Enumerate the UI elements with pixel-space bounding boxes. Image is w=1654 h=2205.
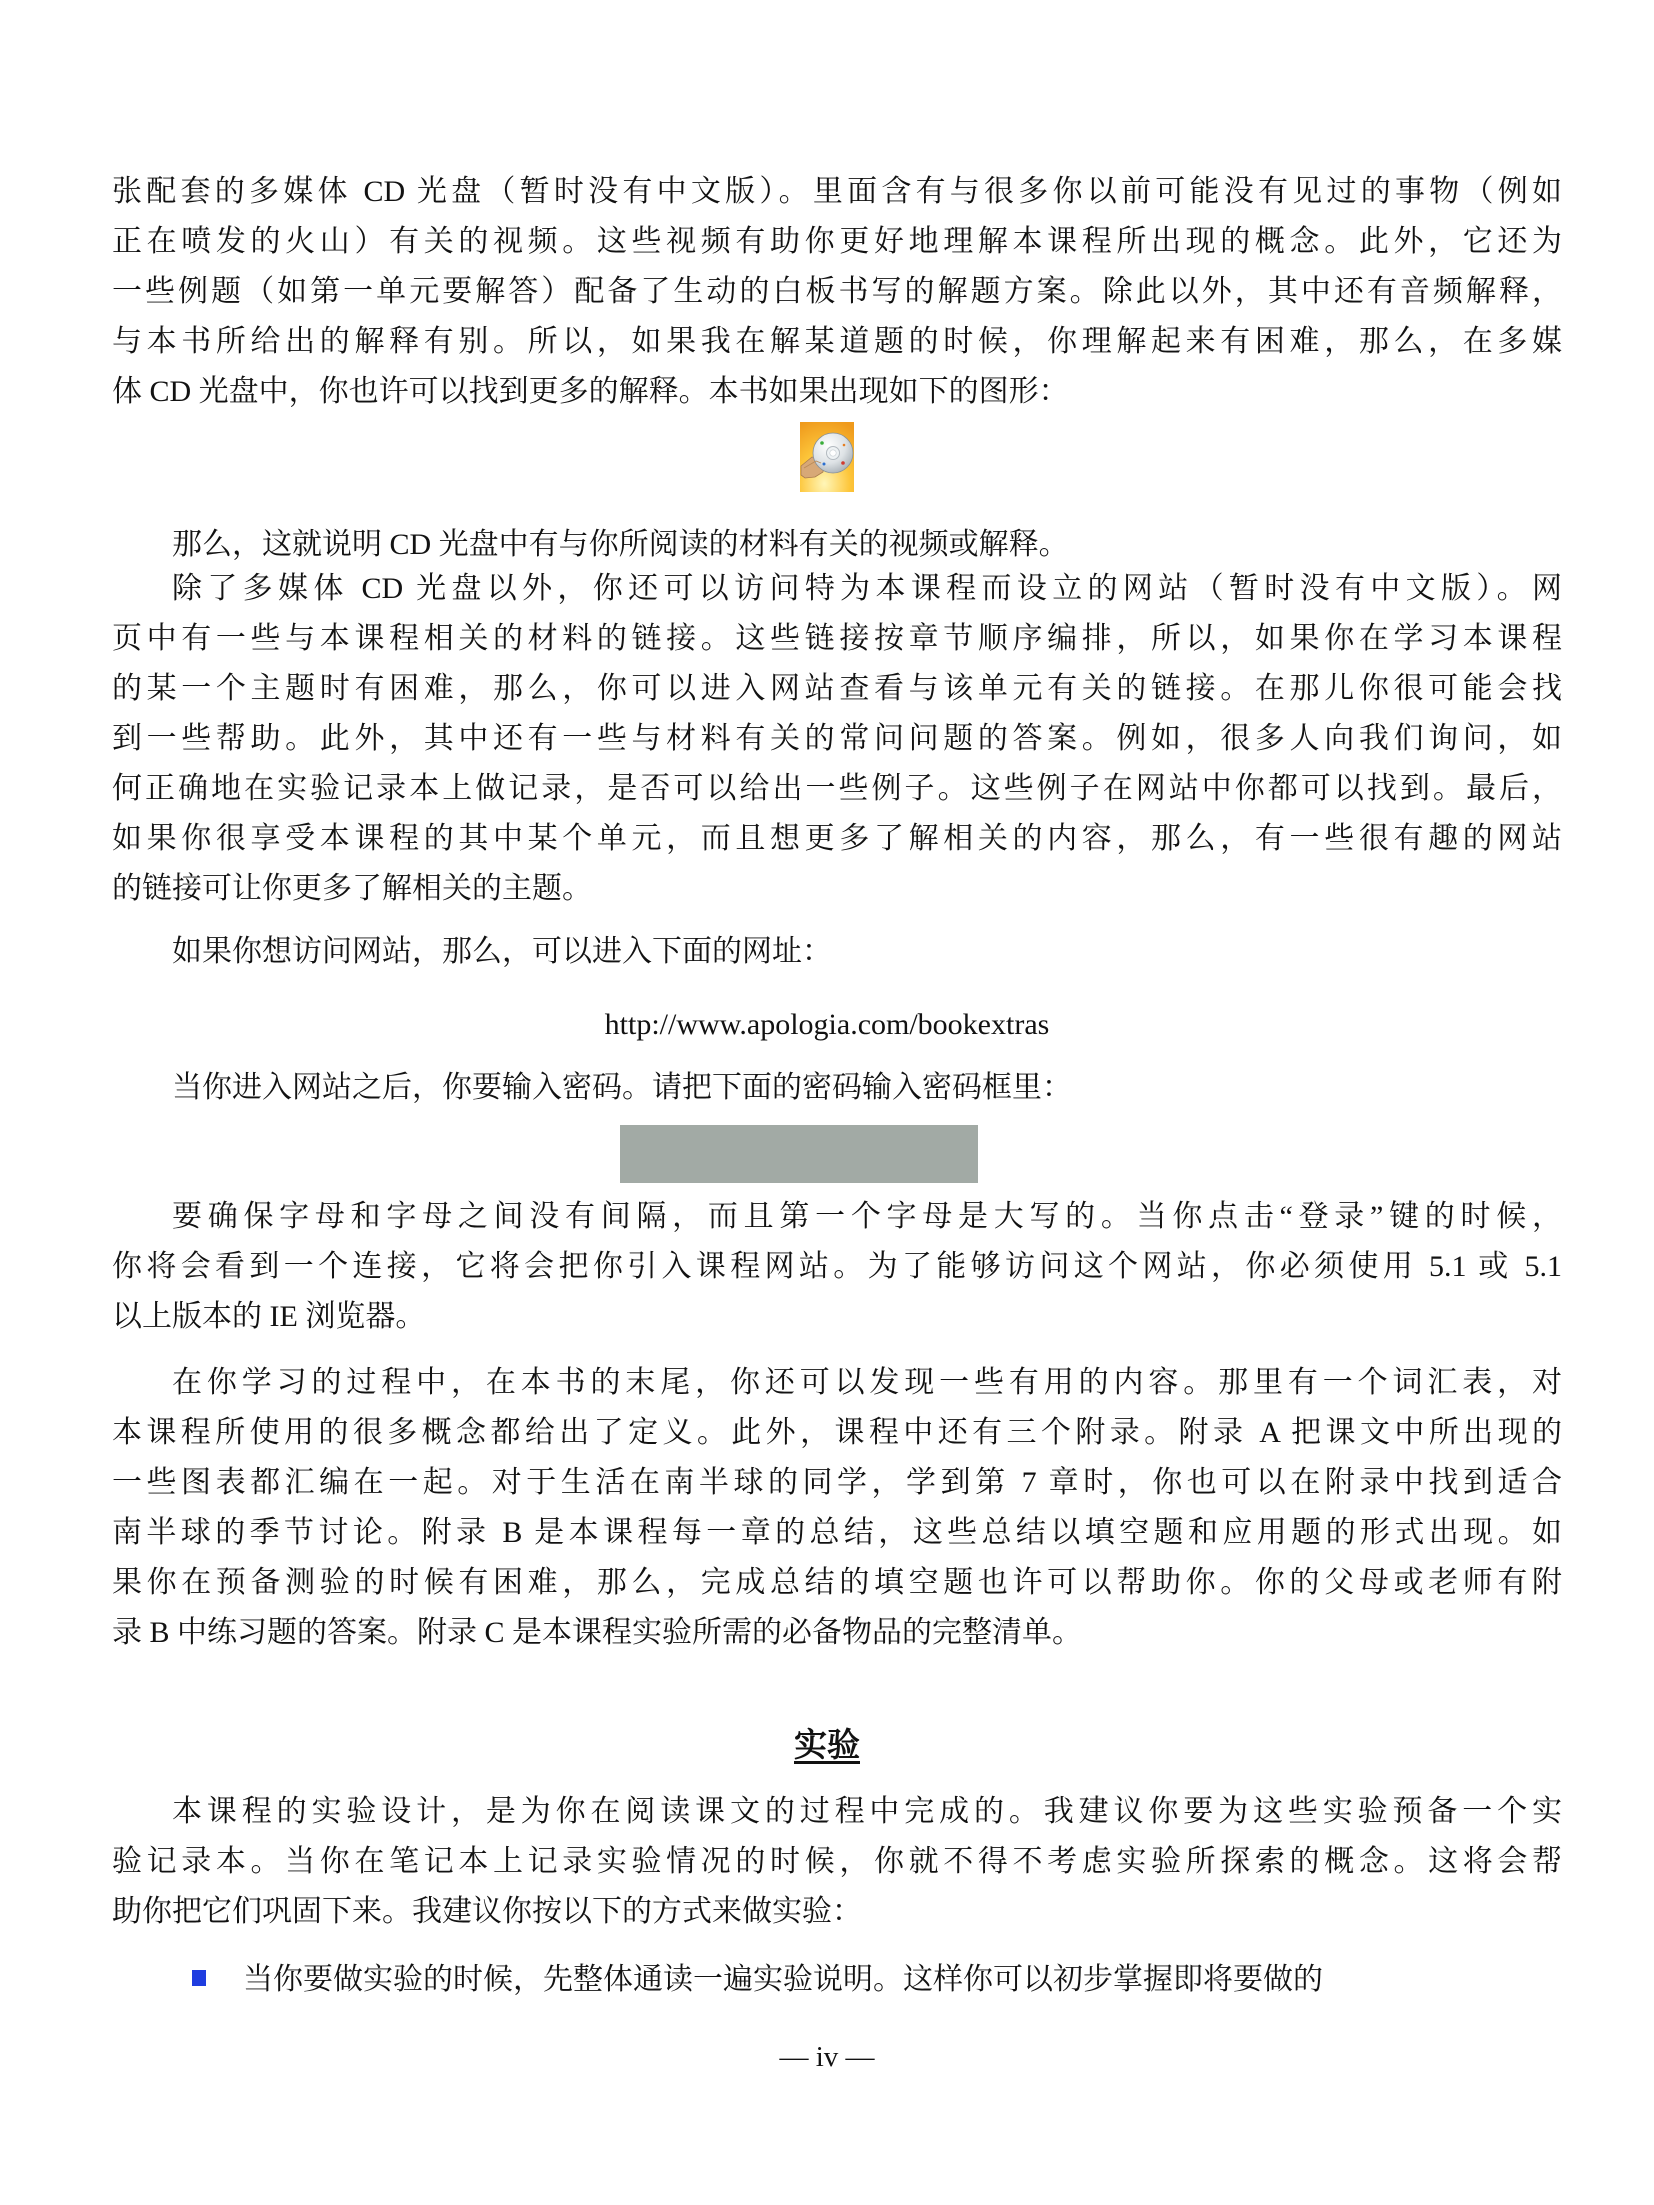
body-line: 在你学习的过程中，在本书的末尾，你还可以发现一些有用的内容。那里有一个词汇表，对: [112, 1358, 1562, 1408]
body-line: 与本书所给出的解释有别。所以，如果我在解某道题的时候，你理解起来有困难，那么，在…: [112, 317, 1562, 367]
body-line: 当你进入网站之后，你要输入密码。请把下面的密码输入密码框里：: [112, 1063, 1562, 1113]
password-redaction-box: [620, 1125, 978, 1183]
cd-disc-in-hand-icon: [800, 422, 854, 497]
body-line: 南半球的季节讨论。附录 B 是本课程每一章的总结，这些总结以填空题和应用题的形式…: [112, 1508, 1562, 1558]
website-url: http://www.apologia.com/bookextras: [0, 1000, 1654, 1050]
paragraph-appendices: 在你学习的过程中，在本书的末尾，你还可以发现一些有用的内容。那里有一个词汇表，对…: [112, 1358, 1562, 1658]
bullet-square-icon: [192, 1970, 206, 1986]
body-line: 的链接可让你更多了解相关的主题。: [112, 864, 1562, 914]
bullet-text: 当你要做实验的时候，先整体通读一遍实验说明。这样你可以初步掌握即将要做的: [243, 1955, 1323, 2005]
body-line: 本课程所使用的很多概念都给出了定义。此外，课程中还有三个附录。附录 A 把课文中…: [112, 1408, 1562, 1458]
body-line: 一些图表都汇编在一起。对于生活在南半球的同学，学到第 7 章时，你也可以在附录中…: [112, 1458, 1562, 1508]
body-line: 录 B 中练习题的答案。附录 C 是本课程实验所需的必备物品的完整清单。: [112, 1608, 1562, 1658]
paragraph-cd-intro: 张配套的多媒体 CD 光盘（暂时没有中文版）。里面含有与很多你以前可能没有见过的…: [112, 167, 1562, 417]
body-line: 页中有一些与本课程相关的材料的链接。这些链接按章节顺序编排，所以，如果你在学习本…: [112, 614, 1562, 664]
body-line: 本课程的实验设计，是为你在阅读课文的过程中完成的。我建议你要为这些实验预备一个实: [112, 1787, 1562, 1837]
body-line: 你将会看到一个连接，它将会把你引入课程网站。为了能够访问这个网站，你必须使用 5…: [112, 1242, 1562, 1292]
paragraph-login: 要确保字母和字母之间没有间隔，而且第一个字母是大写的。当你点击“登录”键的时候，…: [112, 1192, 1562, 1342]
cd-icon-row: [0, 422, 1654, 497]
paragraph-password-prompt: 当你进入网站之后，你要输入密码。请把下面的密码输入密码框里：: [112, 1063, 1562, 1113]
paragraph-website: 除了多媒体 CD 光盘以外，你还可以访问特为本课程而设立的网站（暂时没有中文版）…: [112, 564, 1562, 914]
body-line: 如果你很享受本课程的其中某个单元，而且想更多了解相关的内容，那么，有一些很有趣的…: [112, 814, 1562, 864]
body-line: 何正确地在实验记录本上做记录，是否可以给出一些例子。这些例子在网站中你都可以找到…: [112, 764, 1562, 814]
body-line: 以上版本的 IE 浏览器。: [112, 1292, 1562, 1342]
body-line: 除了多媒体 CD 光盘以外，你还可以访问特为本课程而设立的网站（暂时没有中文版）…: [112, 564, 1562, 614]
body-line: 如果你想访问网站，那么，可以进入下面的网址：: [112, 927, 1562, 977]
paragraph-icon-meaning: 那么，这就说明 CD 光盘中有与你所阅读的材料有关的视频或解释。: [112, 520, 1562, 570]
document-page: 张配套的多媒体 CD 光盘（暂时没有中文版）。里面含有与很多你以前可能没有见过的…: [0, 0, 1654, 2205]
body-line: 要确保字母和字母之间没有间隔，而且第一个字母是大写的。当你点击“登录”键的时候，: [112, 1192, 1562, 1242]
body-line: 体 CD 光盘中，你也许可以找到更多的解释。本书如果出现如下的图形：: [112, 367, 1562, 417]
body-line: 一些例题（如第一单元要解答）配备了生动的白板书写的解题方案。除此以外，其中还有音…: [112, 267, 1562, 317]
body-line: 张配套的多媒体 CD 光盘（暂时没有中文版）。里面含有与很多你以前可能没有见过的…: [112, 167, 1562, 217]
section-heading-experiments: 实验: [0, 1718, 1654, 1774]
paragraph-visit-site: 如果你想访问网站，那么，可以进入下面的网址：: [112, 927, 1562, 977]
body-line: 助你把它们巩固下来。我建议你按以下的方式来做实验：: [112, 1887, 1562, 1937]
body-line: 的某一个主题时有困难，那么，你可以进入网站查看与该单元有关的链接。在那儿你很可能…: [112, 664, 1562, 714]
body-line: 到一些帮助。此外，其中还有一些与材料有关的常问问题的答案。例如，很多人向我们询问…: [112, 714, 1562, 764]
body-line: 正在喷发的火山）有关的视频。这些视频有助你更好地理解本课程所出现的概念。此外，它…: [112, 217, 1562, 267]
body-line: 那么，这就说明 CD 光盘中有与你所阅读的材料有关的视频或解释。: [112, 520, 1562, 570]
body-line: 果你在预备测验的时候有困难，那么，完成总结的填空题也许可以帮助你。你的父母或老师…: [112, 1558, 1562, 1608]
bullet-item: 当你要做实验的时候，先整体通读一遍实验说明。这样你可以初步掌握即将要做的: [192, 1955, 1562, 2005]
body-line: 验记录本。当你在笔记本上记录实验情况的时候，你就不得不考虑实验所探索的概念。这将…: [112, 1837, 1562, 1887]
paragraph-experiments-intro: 本课程的实验设计，是为你在阅读课文的过程中完成的。我建议你要为这些实验预备一个实…: [112, 1787, 1562, 1937]
page-number: — iv —: [0, 2032, 1654, 2082]
